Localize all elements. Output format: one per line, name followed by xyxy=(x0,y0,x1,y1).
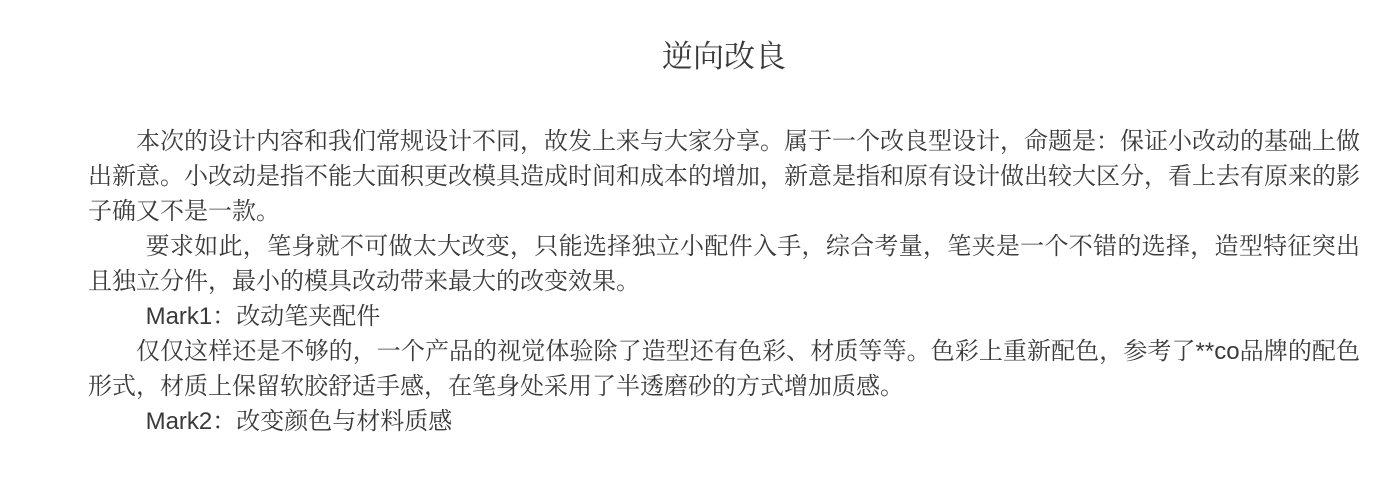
paragraph-requirement: 要求如此，笔身就不可做太大改变，只能选择独立小配件入手，综合考量，笔夹是一个不错… xyxy=(88,229,1360,299)
page-title: 逆向改良 xyxy=(88,36,1360,78)
document-page: 逆向改良 本次的设计内容和我们常规设计不同，故发上来与大家分享。属于一个改良型设… xyxy=(0,0,1400,494)
paragraph-mark2: Mark2：改变颜色与材料质感 xyxy=(88,404,1360,439)
paragraph-mark1: Mark1：改动笔夹配件 xyxy=(88,299,1360,334)
paragraph-color-material: 仅仅这样还是不够的，一个产品的视觉体验除了造型还有色彩、材质等等。色彩上重新配色… xyxy=(88,334,1360,404)
document-body: 本次的设计内容和我们常规设计不同，故发上来与大家分享。属于一个改良型设计，命题是… xyxy=(88,124,1360,439)
paragraph-intro: 本次的设计内容和我们常规设计不同，故发上来与大家分享。属于一个改良型设计，命题是… xyxy=(88,124,1360,229)
